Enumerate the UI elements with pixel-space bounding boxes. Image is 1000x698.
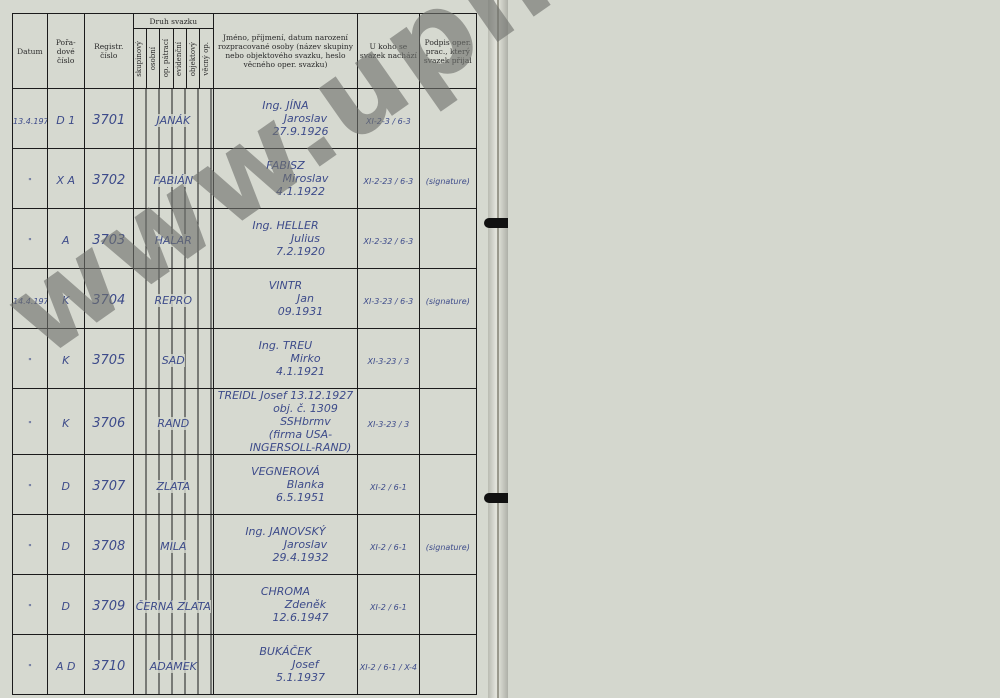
cell-jmeno-line2: Jaroslav xyxy=(214,538,357,551)
cell-u-koho: XI-3-23 / 3 xyxy=(367,420,409,429)
cell-jmeno-line3: 12.6.1947 xyxy=(214,611,357,624)
cell-registr: 3707 xyxy=(92,479,125,494)
table-row: "D3708MILAIng. JANOVSKÝJaroslav29.4.1932… xyxy=(13,515,477,575)
cell-jmeno-line3: 4.1.1921 xyxy=(214,365,357,378)
cell-jmeno-line2: Mirko xyxy=(214,352,357,365)
cell-jmeno-line1: VINTR xyxy=(214,279,357,292)
header-druh-osobni: osobní xyxy=(149,47,158,70)
table-row: "D3707ZLATAVEGNEROVÁBlanka6.5.1951XI-2 /… xyxy=(13,455,477,515)
cell-druh: ADAMEK xyxy=(150,660,197,673)
cell-jmeno-line1: TREIDL Josef 13.12.1927 xyxy=(214,389,357,402)
table-row: "K3706RANDTREIDL Josef 13.12.1927obj. č.… xyxy=(13,389,477,455)
cell-druh: SAD xyxy=(162,354,185,367)
cell-datum: " xyxy=(28,177,32,186)
cell-podpis: (signature) xyxy=(426,177,470,186)
cell-datum: " xyxy=(28,543,32,552)
header-druh-vecny-op: věcný op. xyxy=(202,42,211,76)
table-row: "D3709ČERNÁ ZLATACHROMAZdeněk12.6.1947XI… xyxy=(13,575,477,635)
book-gutter xyxy=(488,0,508,698)
cell-jmeno-line2: Zdeněk xyxy=(214,598,357,611)
cell-jmeno-line3: 5.1.1937 xyxy=(214,671,357,684)
cell-jmeno-line3: (firma USA-INGERSOLL-RAND) xyxy=(214,428,357,454)
cell-u-koho: XI-2 / 6-1 xyxy=(370,483,407,492)
cell-jmeno-line3: 29.4.1932 xyxy=(214,551,357,564)
cell-poradove: K xyxy=(62,417,69,430)
cell-u-koho: XI-2-23 / 6-3 xyxy=(364,177,414,186)
cell-poradove: D xyxy=(62,480,70,493)
cell-u-koho: XI-2 / 6-1 xyxy=(370,543,407,552)
cell-poradove: X A xyxy=(56,174,75,187)
header-druh-skupinovy: skupinový xyxy=(135,41,144,77)
cell-registr: 3706 xyxy=(92,416,125,431)
header-poradove-cislo: Pořa-dové číslo xyxy=(47,14,84,89)
header-registr-cislo: Registr. číslo xyxy=(84,14,133,89)
cell-u-koho: XI-3-23 / 3 xyxy=(367,357,409,366)
cell-registr: 3710 xyxy=(92,659,125,674)
header-datum: Datum xyxy=(13,14,48,89)
cell-jmeno-line2: obj. č. 1309 SSHbrmv xyxy=(214,402,357,428)
cell-druh: RAND xyxy=(157,417,189,430)
cell-jmeno-line3: 6.5.1951 xyxy=(214,491,357,504)
cell-poradove: D 1 xyxy=(56,114,75,127)
cell-poradove: A D xyxy=(56,660,76,673)
cell-datum: " xyxy=(28,357,32,366)
table-row: "A D3710ADAMEKBUKÁČEKJosef5.1.1937XI-2 /… xyxy=(13,635,477,695)
cell-registr: 3709 xyxy=(92,599,125,614)
cell-datum: " xyxy=(28,663,32,672)
right-page: Předáno jinému odboru, odděl. součásti M… xyxy=(508,0,1000,698)
cell-jmeno-line1: VEGNEROVÁ xyxy=(214,465,357,478)
header-druh-op-patraci: op. pátrací xyxy=(162,39,171,77)
cell-jmeno-line1: Ing. TREU xyxy=(214,339,357,352)
cell-datum: " xyxy=(28,603,32,612)
cell-jmeno-line1: Ing. JANOVSKÝ xyxy=(214,525,357,538)
cell-druh: ČERNÁ ZLATA xyxy=(136,600,211,613)
cell-druh: ZLATA xyxy=(156,480,190,493)
header-druh-objektovy: objektový xyxy=(189,42,198,76)
cell-u-koho: XI-2-32 / 6-3 xyxy=(364,237,414,246)
cell-jmeno-line2: Blanka xyxy=(214,478,357,491)
ledger-spread: Datum Pořa-dové číslo Registr. číslo Dru… xyxy=(0,0,1000,698)
cell-u-koho: XI-2 / 6-1 / X-4 xyxy=(360,663,417,672)
cell-podpis: (signature) xyxy=(426,297,470,306)
cell-datum: " xyxy=(28,483,32,492)
cell-jmeno-line3: 09.1931 xyxy=(214,305,357,318)
cell-datum: " xyxy=(28,420,32,429)
cell-poradove: D xyxy=(62,600,70,613)
header-druh-svazku: Druh svazku xyxy=(133,14,213,29)
cell-poradove: D xyxy=(62,540,70,553)
cell-jmeno-line2: Josef xyxy=(214,658,357,671)
cell-druh: MILA xyxy=(160,540,186,553)
cell-registr: 3708 xyxy=(92,539,125,554)
cell-jmeno-line1: CHROMA xyxy=(214,585,357,598)
header-druh-evidencni: evidenční xyxy=(175,42,184,76)
cell-u-koho: XI-3-23 / 6-3 xyxy=(364,297,414,306)
cell-u-koho: XI-2 / 6-1 xyxy=(370,603,407,612)
cell-podpis: (signature) xyxy=(426,543,470,552)
cell-jmeno-line2: Jan xyxy=(214,292,357,305)
cell-registr: 3701 xyxy=(92,113,125,128)
cell-jmeno-line1: BUKÁČEK xyxy=(214,645,357,658)
cell-datum: 13.4.1972 xyxy=(13,117,47,126)
